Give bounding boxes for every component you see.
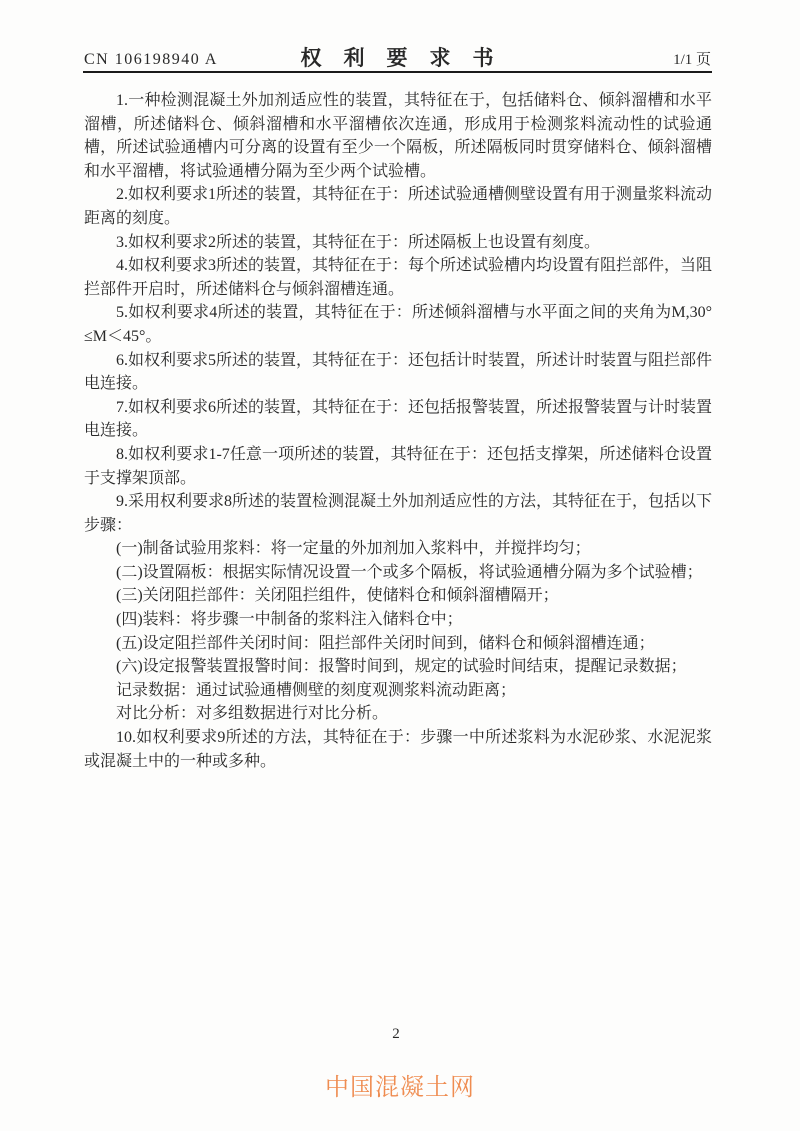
claim-paragraph: 8.如权利要求1-7任意一项所述的装置，其特征在于：还包括支撑架，所述储料仓设置… — [84, 443, 712, 490]
claim-paragraph: 记录数据：通过试验通槽侧壁的刻度观测浆料流动距离； — [84, 679, 712, 703]
claim-paragraph: 3.如权利要求2所述的装置，其特征在于：所述隔板上也设置有刻度。 — [84, 231, 712, 255]
document-title: 权利要求书 — [83, 42, 711, 72]
claim-paragraph: (三)关闭阻拦部件：关闭阻拦组件，使储料仓和倾斜溜槽隔开； — [84, 584, 712, 608]
claim-paragraph: (四)装料：将步骤一中制备的浆料注入储料仓中； — [84, 608, 712, 632]
watermark-text: 中国混凝土网 — [0, 1067, 800, 1102]
claim-paragraph: 2.如权利要求1所述的装置，其特征在于：所述试验通槽侧壁设置有用于测量浆料流动距… — [84, 183, 712, 230]
claim-paragraph: 5.如权利要求4所述的装置，其特征在于：所述倾斜溜槽与水平面之间的夹角为M,30… — [84, 301, 712, 348]
claim-paragraph: 7.如权利要求6所述的装置，其特征在于：还包括报警装置，所述报警装置与计时装置电… — [84, 396, 712, 443]
claim-paragraph: 对比分析：对多组数据进行对比分析。 — [84, 702, 712, 726]
header-rule — [83, 71, 712, 73]
claim-paragraph: 1.一种检测混凝土外加剂适应性的装置，其特征在于，包括储料仓、倾斜溜槽和水平溜槽… — [84, 89, 712, 183]
claim-paragraph: (二)设置隔板：根据实际情况设置一个或多个隔板，将试验通槽分隔为多个试验槽； — [84, 561, 712, 585]
claim-paragraph: (一)制备试验用浆料：将一定量的外加剂加入浆料中，并搅拌均匀； — [84, 537, 712, 561]
claim-paragraph: 4.如权利要求3所述的装置，其特征在于：每个所述试验槽内均设置有阻拦部件，当阻拦… — [84, 254, 712, 301]
page-indicator: 1/1 页 — [673, 48, 711, 69]
claim-paragraph: 6.如权利要求5所述的装置，其特征在于：还包括计时装置，所述计时装置与阻拦部件电… — [84, 349, 712, 396]
page-header: CN 106198940 A 权利要求书 1/1 页 — [83, 40, 711, 72]
patent-claims-page: CN 106198940 A 权利要求书 1/1 页 1.一种检测混凝土外加剂适… — [0, 0, 800, 1131]
claim-paragraph: (五)设定阻拦部件关闭时间：阻拦部件关闭时间到，储料仓和倾斜溜槽连通； — [84, 632, 712, 656]
claim-paragraph: 9.采用权利要求8所述的装置检测混凝土外加剂适应性的方法，其特征在于，包括以下步… — [84, 490, 712, 537]
claim-paragraph: 10.如权利要求9所述的方法，其特征在于：步骤一中所述浆料为水泥砂浆、水泥泥浆或… — [84, 726, 712, 773]
claims-body: 1.一种检测混凝土外加剂适应性的装置，其特征在于，包括储料仓、倾斜溜槽和水平溜槽… — [84, 89, 712, 773]
claim-paragraph: (六)设定报警装置报警时间：报警时间到，规定的试验时间结束，提醒记录数据； — [84, 655, 712, 679]
page-number: 2 — [0, 1026, 792, 1043]
